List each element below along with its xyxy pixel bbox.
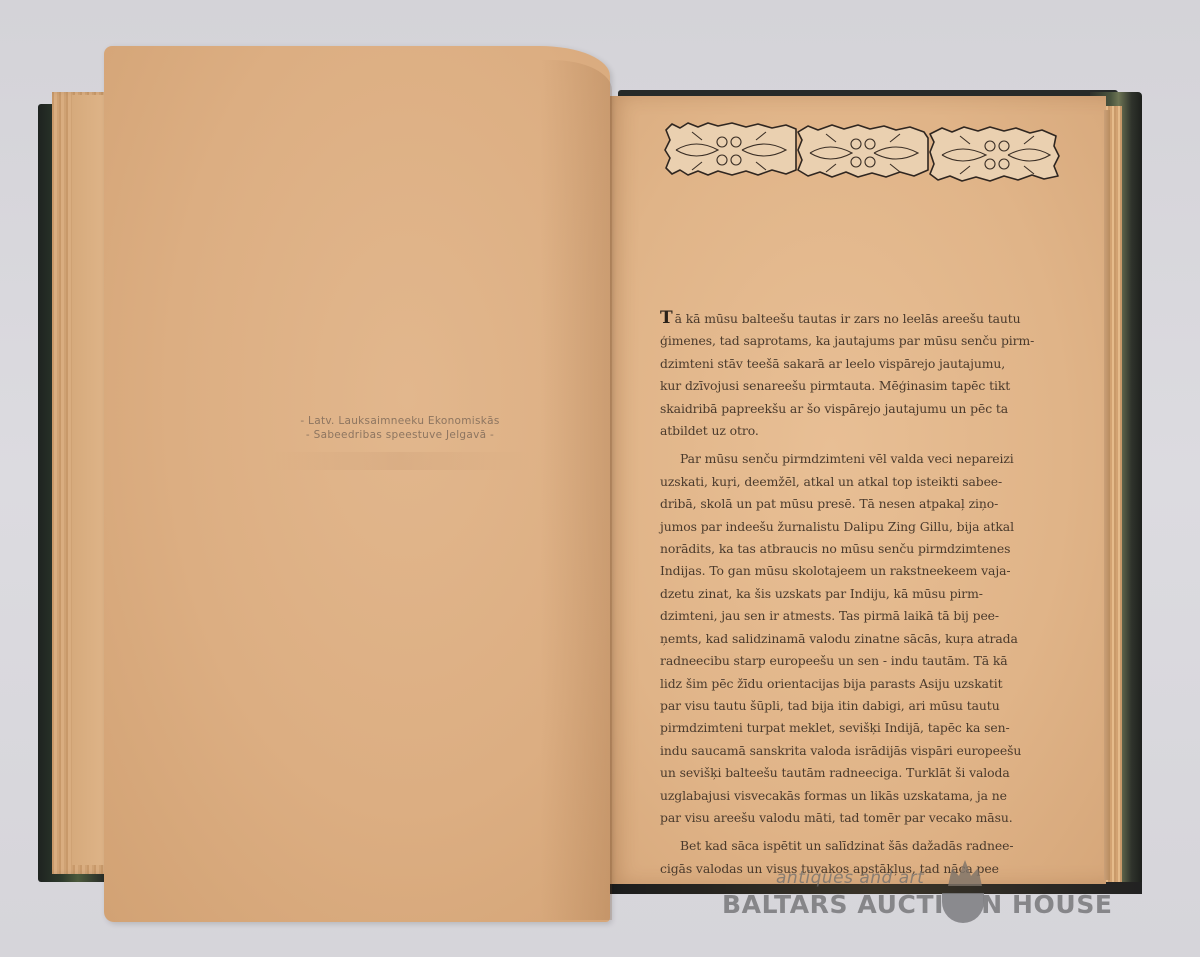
- text-line: kur dzīvojusi senareešu pirmtauta. Mēģin…: [660, 375, 1092, 397]
- text-line: par visu areešu valodu māti, tad tomēr p…: [660, 807, 1092, 829]
- text-line: dribā, skolā un pat mūsu presē. Tā nesen…: [660, 493, 1092, 515]
- imprint-line-1: - Latv. Lauksaimneeku Ekonomiskās: [280, 414, 520, 428]
- text-line: ņemts, kad salidzinamā valodu zinatne sā…: [660, 628, 1092, 650]
- right-page-edge: [1104, 110, 1110, 880]
- text-line: uzskati, kuŗi, deemžēl, atkal un atkal t…: [660, 471, 1092, 493]
- text-line: Bet kad sāca ispētit un salīdzinat šās d…: [660, 835, 1092, 857]
- crown-icon: [946, 858, 984, 888]
- text-line: lidz šim pēc žīdu orientacijas bija para…: [660, 673, 1092, 695]
- drop-cap: T: [660, 308, 673, 328]
- imprint-line-2: - Sabeedribas speestuve Jelgavā -: [280, 428, 520, 442]
- text-line: dzetu zinat, ka šis uzskats par Indiju, …: [660, 583, 1092, 605]
- printer-imprint: - Latv. Lauksaimneeku Ekonomiskās - Sabe…: [280, 414, 520, 442]
- oak-leaf-acorn-border-icon: [662, 120, 1062, 182]
- text-line: par visu tautu šūpli, tad bija itin dabi…: [660, 695, 1092, 717]
- text-line: Par mūsu senču pirmdzimteni vēl valda ve…: [660, 448, 1092, 470]
- text-line: dzimteni, jau sen ir atmests. Tas pirmā …: [660, 605, 1092, 627]
- paragraph-1: Tā kā mūsu balteešu tautas ir zars no le…: [660, 307, 1092, 442]
- text-line: indu saucamā sanskrita valoda isrādijās …: [660, 740, 1092, 762]
- paragraph-2: Par mūsu senču pirmdzimteni vēl valda ve…: [660, 448, 1092, 829]
- text-line: pirmdzimteni turpat meklet, sevišķi Indi…: [660, 717, 1092, 739]
- text-line: dzimteni stāv teešā sakarā ar leelo visp…: [660, 353, 1092, 375]
- text-line: uzglabajusi visvecakās formas un likās u…: [660, 785, 1092, 807]
- watermark-tagline: antiques and art: [776, 868, 924, 888]
- text-line: radneecibu starp europeešu un sen - indu…: [660, 650, 1092, 672]
- text-line: un sevišķi balteešu tautām radneeciga. T…: [660, 762, 1092, 784]
- left-page: [104, 46, 610, 922]
- text-line: skaidribā papreekšu ar šo vispārejo jaut…: [660, 398, 1092, 420]
- text-line: ģimenes, tad saprotams, ka jautajums par…: [660, 330, 1092, 352]
- text-line: atbildet uz otro.: [660, 420, 1092, 442]
- stamp-show-through: [270, 452, 530, 470]
- text-line: jumos par indeešu žurnalistu Dalipu Zing…: [660, 516, 1092, 538]
- watermark-brand: BALTARS AUCTI N HOUSE: [722, 890, 1113, 919]
- left-page-curl-shadow: [540, 60, 612, 920]
- text-line: norādits, ka tas atbraucis no mūsu senču…: [660, 538, 1092, 560]
- text-line: Indijas. To gan mūsu skolotajeem un raks…: [660, 560, 1092, 582]
- body-text: Tā kā mūsu balteešu tautas ir zars no le…: [660, 307, 1092, 880]
- text-line: Tā kā mūsu balteešu tautas ir zars no le…: [660, 307, 1092, 330]
